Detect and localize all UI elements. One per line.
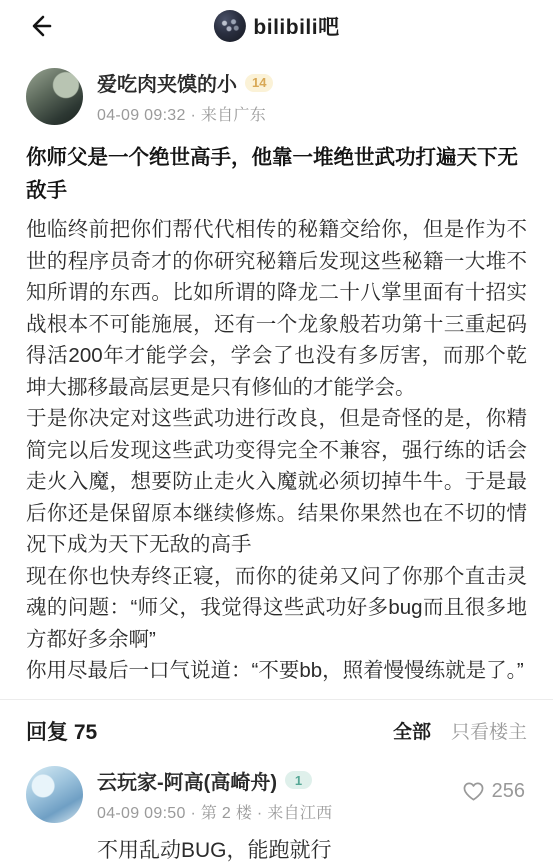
user-level-badge: 14	[245, 74, 273, 92]
like-button[interactable]: 256	[462, 780, 525, 803]
reply-meta: 04-09 09:50 · 第 2 楼 · 来自江西	[97, 800, 332, 823]
top-bar: bilibili吧	[0, 0, 553, 52]
reply-filter-tabs: 全部 只看楼主	[393, 717, 527, 744]
user-level-badge: 1	[285, 771, 312, 789]
thread-page: bilibili吧 爱吃肉夹馍的小 14 04-09 09:32 · 来自广东 …	[0, 0, 553, 864]
reply-author-avatar[interactable]	[26, 766, 83, 823]
post-author-info: 爱吃肉夹馍的小 14 04-09 09:32 · 来自广东	[97, 68, 273, 125]
original-post: 爱吃肉夹馍的小 14 04-09 09:32 · 来自广东 你师父是一个绝世高手…	[0, 68, 553, 687]
reply-author-name[interactable]: 云玩家-阿高(高崎舟)	[97, 766, 277, 795]
forum-avatar	[213, 10, 245, 42]
post-meta: 04-09 09:32 · 来自广东	[97, 102, 273, 125]
post-body: 他临终前把你们帮代代相传的秘籍交给你，但是作为不世的程序员奇才的你研究秘籍后发现…	[26, 214, 527, 687]
reply-item: 云玩家-阿高(高崎舟) 1 04-09 09:50 · 第 2 楼 · 来自江西…	[26, 766, 527, 864]
replies-section: 回复 75 全部 只看楼主 云玩家-阿高(高崎舟) 1 04-09 09:50 …	[0, 700, 553, 864]
post-author-name[interactable]: 爱吃肉夹馍的小	[97, 68, 237, 97]
back-button[interactable]	[26, 11, 56, 41]
post-paragraph: 你用尽最后一口气说道：“不要bb，照着慢慢练就是了。”	[26, 655, 527, 687]
tab-all[interactable]: 全部	[393, 717, 431, 744]
tab-op-only[interactable]: 只看楼主	[451, 717, 527, 744]
replies-header: 回复 75 全部 只看楼主	[26, 700, 527, 752]
reply-content: 不用乱动BUG，能跑就行	[97, 836, 527, 864]
forum-link[interactable]: bilibili吧	[213, 10, 339, 42]
post-paragraph: 于是你决定对这些武功进行改良，但是奇怪的是，你精简完以后发现这些武功变得完全不兼…	[26, 403, 527, 561]
post-paragraph: 他临终前把你们帮代代相传的秘籍交给你，但是作为不世的程序员奇才的你研究秘籍后发现…	[26, 214, 527, 403]
forum-title: bilibili吧	[253, 11, 339, 41]
back-arrow-icon	[26, 12, 54, 40]
post-title: 你师父是一个绝世高手，他靠一堆绝世武功打遍天下无敌手	[26, 141, 527, 207]
like-count: 256	[492, 780, 525, 803]
replies-count: 回复 75	[26, 716, 97, 746]
post-paragraph: 现在你也快寿终正寝，而你的徒弟又问了你那个直击灵魂的问题：“师父，我觉得这些武功…	[26, 561, 527, 656]
post-author-row: 爱吃肉夹馍的小 14 04-09 09:32 · 来自广东	[26, 68, 527, 125]
heart-icon	[462, 781, 485, 802]
post-author-avatar[interactable]	[26, 68, 83, 125]
